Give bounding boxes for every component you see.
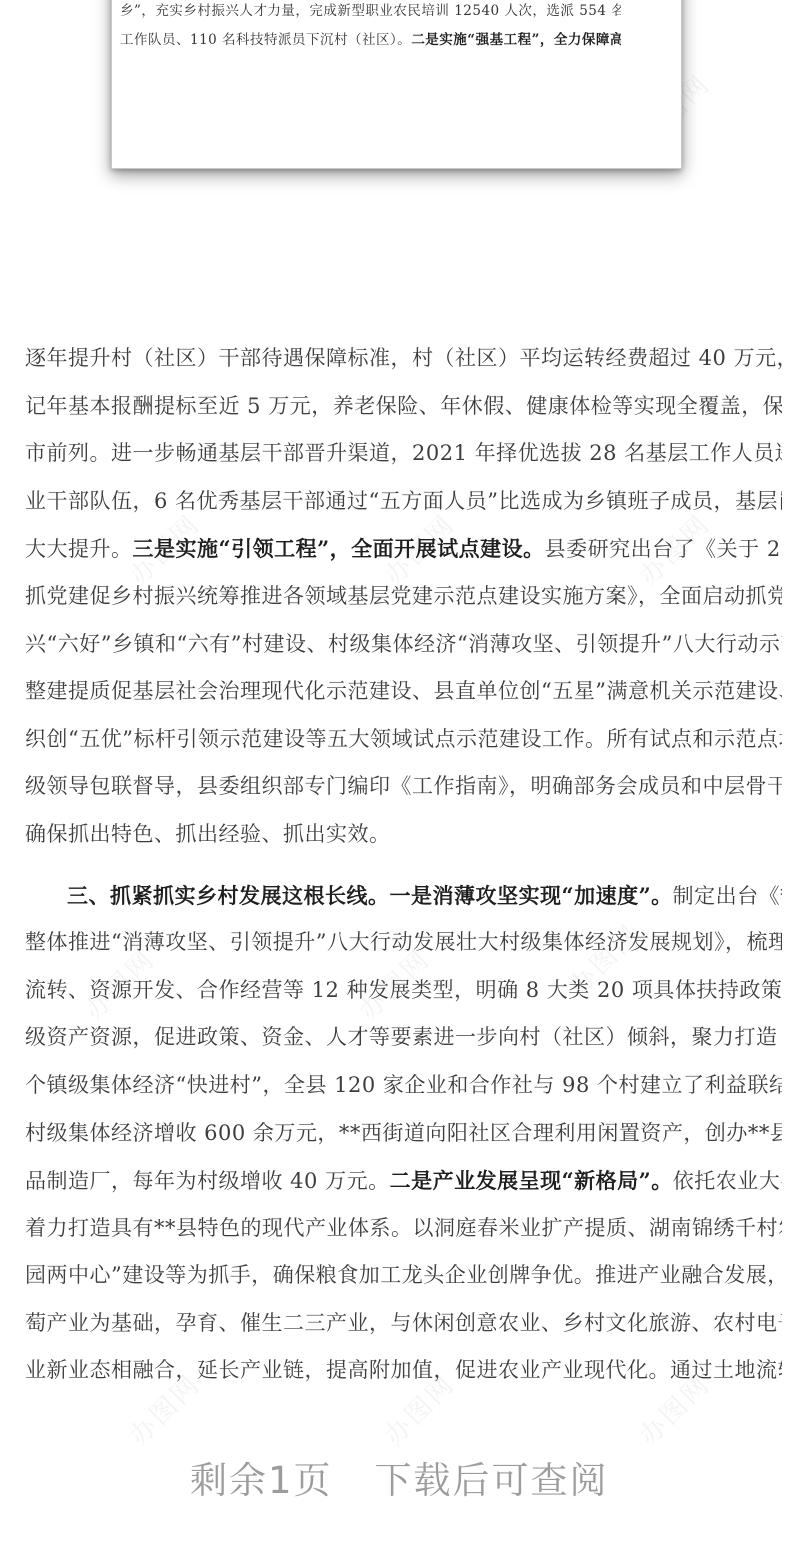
body-text-line: 萄产业为基础，孕育、催生二三产业，与休闲创意农业、乡村文化旅游、农村电子商务等新… — [25, 1300, 782, 1348]
remaining-pages-notice: 剩余1页下载后可查阅 — [190, 1458, 609, 1504]
document-preview-page: 办图网办图网办图网办图网办图网办图网办图网办图网办图网办图网办图网办图网 乡”，… — [0, 0, 800, 1560]
body-text-line: 流转、资源开发、合作经营等 12 种发展类型，明确 8 大类 20 项具体扶持政… — [25, 967, 782, 1015]
body-text-line: 兴“六好”乡镇和“六有”村建设、村级集体经济“消薄攻坚、引领提升”八大行动示范建… — [25, 621, 782, 669]
body-text-line: 记年基本报酬提标至近 5 万元，养老保险、年休假、健康体检等实现全覆盖，保障水平… — [25, 383, 782, 431]
body-text-line: 业新业态相融合，延长产业链，提高附加值，促进农业产业现代化。通过土地流转和扶持龙… — [25, 1347, 782, 1395]
body-text-line: 市前列。进一步畅通基层干部晋升渠道，2021 年择优选拔 28 名基层工作人员进… — [25, 430, 782, 478]
body-text-line: 整建提质促基层社会治理现代化示范建设、县直单位创“五星”满意机关示范建设、两新党… — [25, 668, 782, 716]
body-text-line: 大大提升。三是实施“引领工程”，全面开展试点建设。县委研究出台了《关于 2022… — [25, 525, 782, 573]
download-hint-label: 下载后可查阅 — [375, 1459, 609, 1502]
body-text-line: 抓党建促乡村振兴统筹推进各领域基层党建示范点建设实施方案》，全面启动抓党建促乡村… — [25, 573, 782, 621]
body-text-line: 村级集体经济增收 600 余万元，**西街道向阳社区合理利用闲置资产，创办**县… — [25, 1110, 782, 1158]
body-text-line: 级领导包联督导，县委组织部专门编印《工作指南》，明确部务会成员和中层骨干具体指导… — [25, 763, 782, 811]
body-text-line: 个镇级集体经济“快进村”，全县 120 家企业和合作社与 98 个村建立了利益联… — [25, 1062, 782, 1110]
body-text-line: 着力打造具有**县特色的现代产业体系。以洞庭春米业扩产提质、湖南锦绣千村农业合作… — [25, 1205, 782, 1253]
page1-text: 乡”，充实乡村振兴人才力量，完成新型职业农民培训 12540 人次，选派 554… — [120, 0, 621, 55]
page1-text-line: 工作队员、110 名科技特派员下沉村（社区）。二是实施“强基工程”，全力保障高效… — [120, 26, 621, 55]
body-text-line: 整体推进“消薄攻坚、引领提升”八大行动发展壮大村级集体经济发展规划》，梳理总结土… — [25, 919, 782, 967]
page1-preview-card: 乡”，充实乡村振兴人才力量，完成新型职业农民培训 12540 人次，选派 554… — [111, 0, 682, 169]
body-text-line: 业干部队伍，6 名优秀基层干部通过“五方面人员”比选成为乡镇班子成员，基层岗位吸… — [25, 478, 782, 526]
pages-remaining-label: 剩余1页 — [190, 1459, 333, 1502]
body-text-line: 园两中心”建设等为抓手，确保粮食加工龙头企业创牌争优。推进产业融合发展，以水稻、… — [25, 1252, 782, 1300]
body-text-line: 三、抓紧抓实乡村发展这根长线。一是消薄攻坚实现“加速度”。制定出台《**县关于 — [25, 872, 782, 920]
body-text-line: 逐年提升村（社区）干部待遇保障标准，村（社区）平均运转经费超过 40 万元，村党… — [25, 335, 782, 383]
body-text-line: 品制造厂，每年为村级增收 40 万元。二是产业发展呈现“新格局”。依托农业大县的… — [25, 1157, 782, 1205]
body-text-line: 级资产资源，促进政策、资金、人才等要素进一步向村（社区）倾斜，聚力打造 3 个县… — [25, 1014, 782, 1062]
page1-text-line: 乡”，充实乡村振兴人才力量，完成新型职业农民培训 12540 人次，选派 554… — [120, 0, 621, 26]
page2-text: 逐年提升村（社区）干部待遇保障标准，村（社区）平均运转经费超过 40 万元，村党… — [25, 335, 782, 1395]
body-text-line: 确保抓出特色、抓出经验、抓出实效。 — [25, 811, 782, 859]
body-text-line: 织创“五优”标杆引领示范建设等五大领域试点示范建设工作。所有试点和示范点均由党员… — [25, 716, 782, 764]
